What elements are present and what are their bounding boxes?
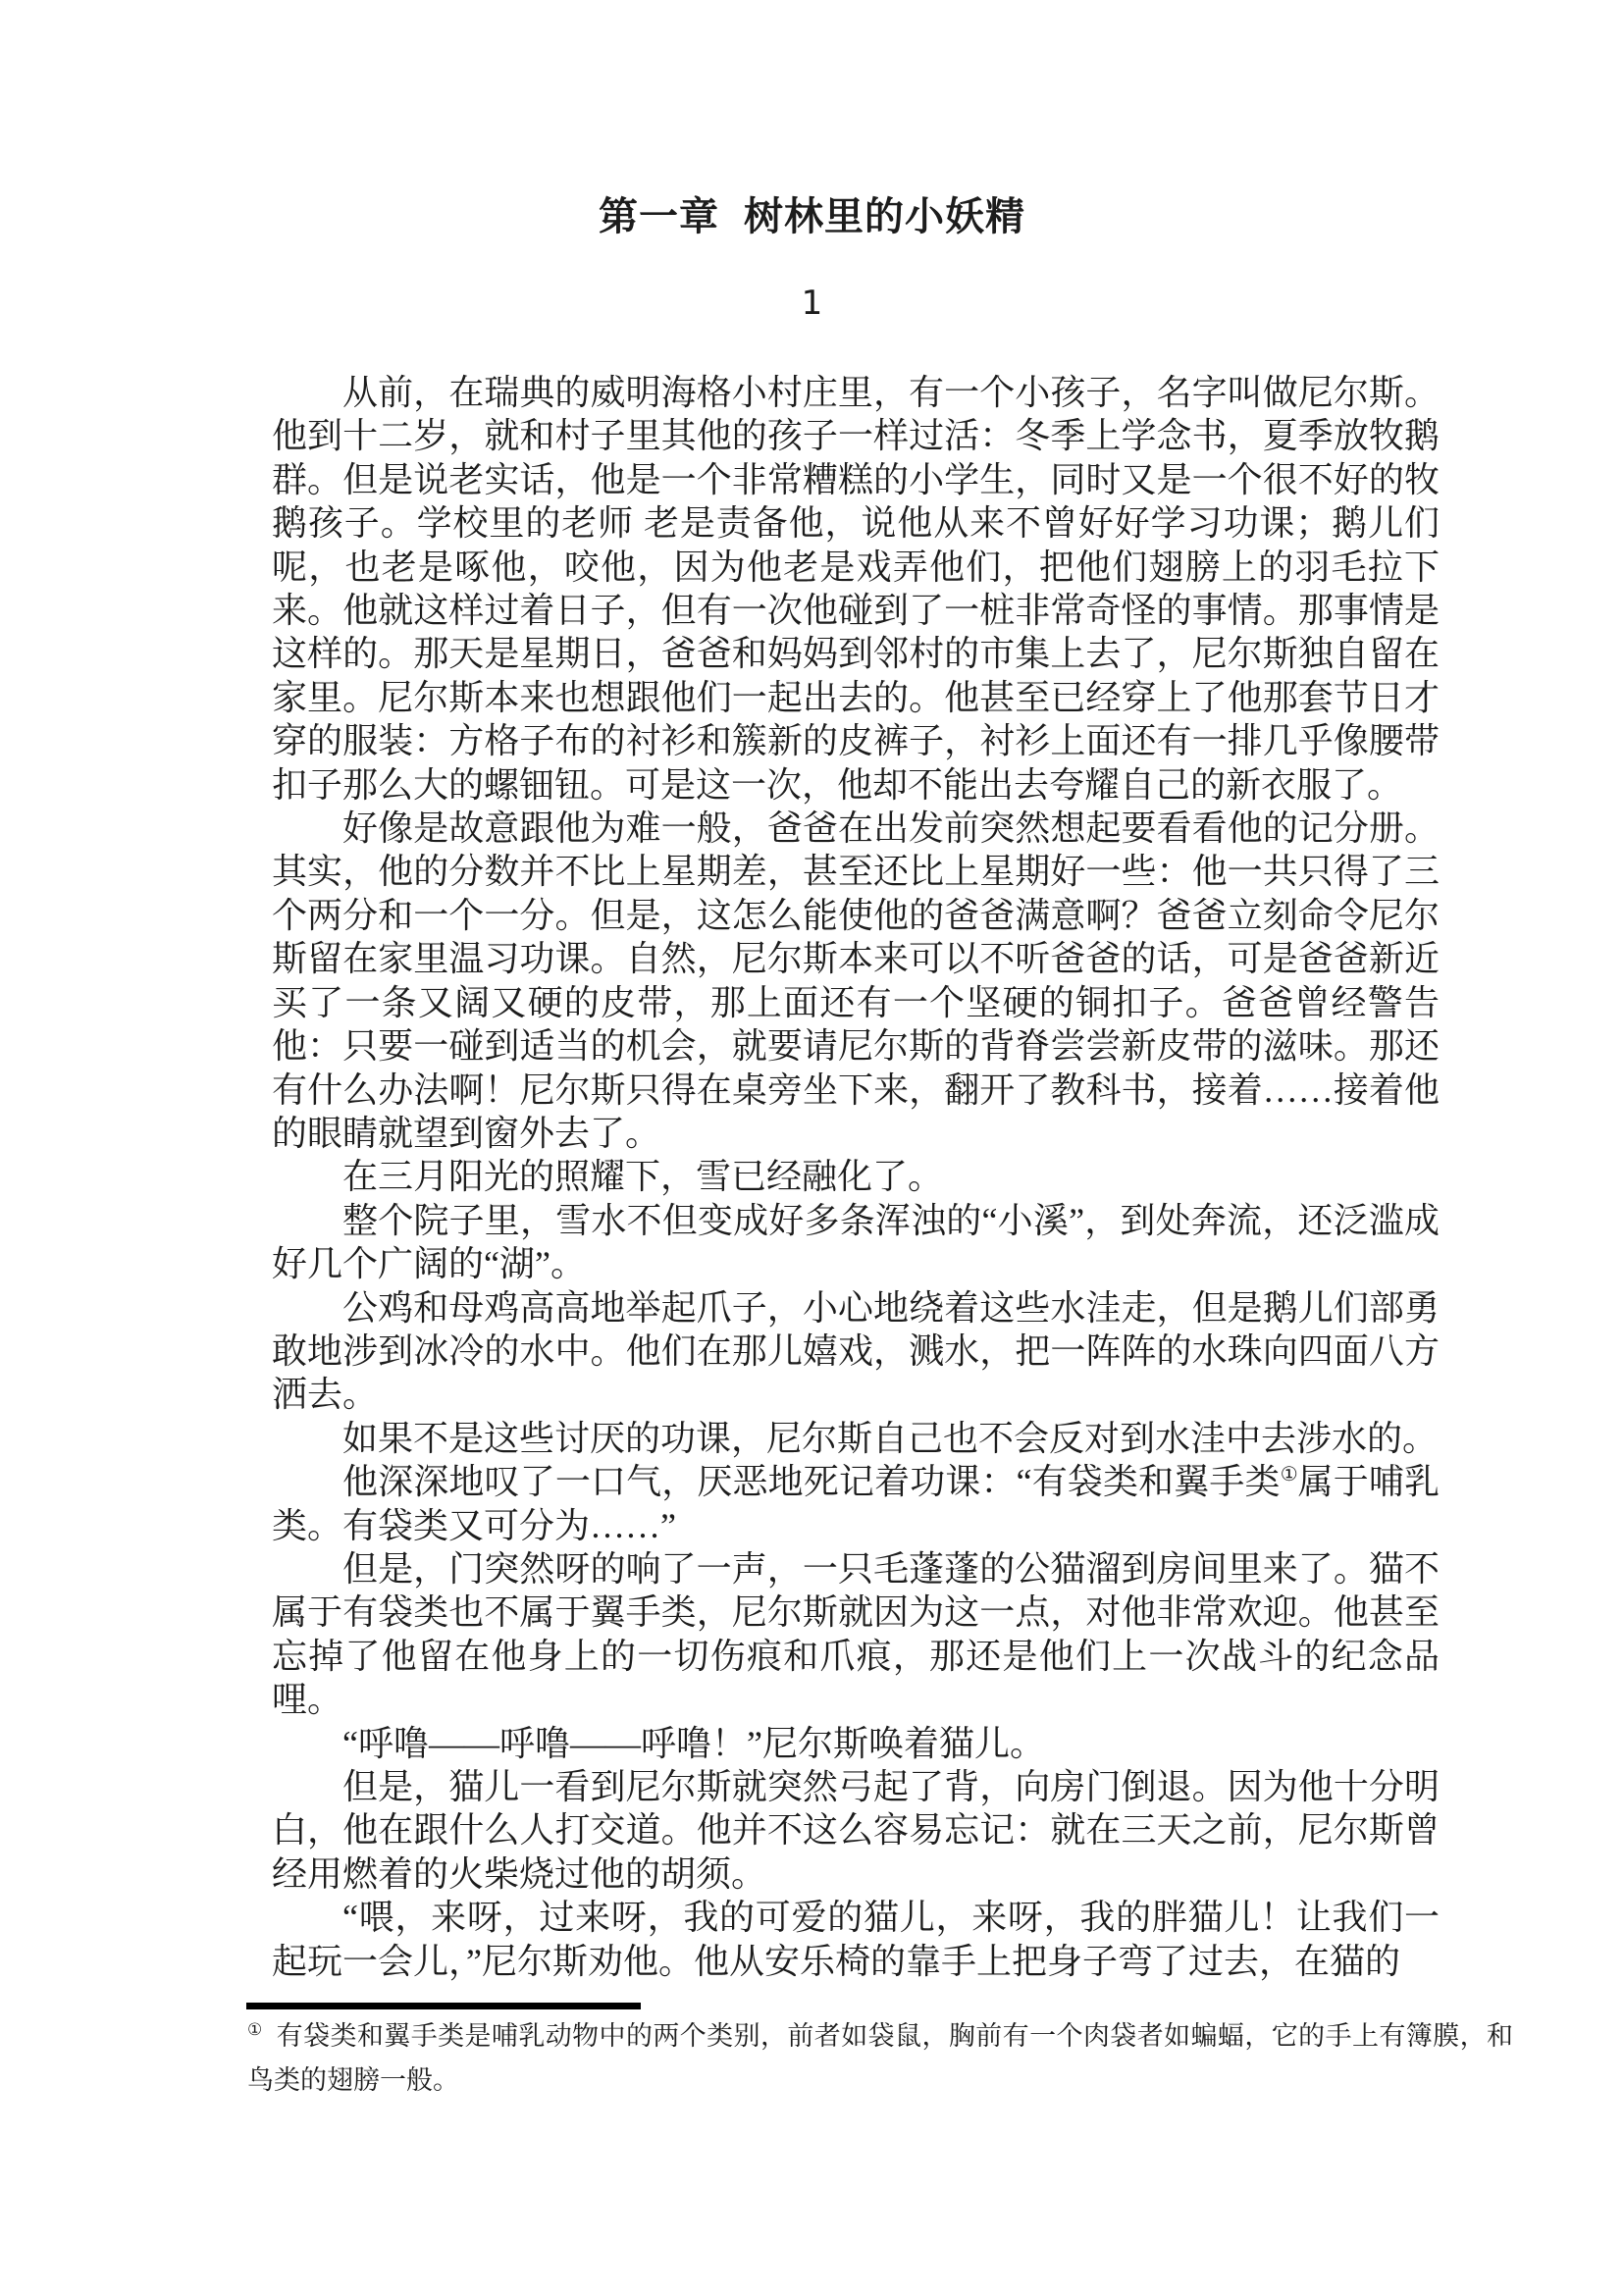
paragraph: “呼噜——呼噜——呼噜！”尼尔斯唤着猫儿。: [272, 1722, 1440, 1765]
book-page: 第一章 树林里的小妖精 1 从前，在瑞典的威明海格小村庄里，有一个小孩子，名字叫…: [0, 0, 1624, 2294]
paragraph: 整个院子里，雪水不但变成好多条浑浊的“小溪”，到处奔流，还泛滥成好几个广阔的“湖…: [272, 1199, 1440, 1286]
footnote-ref: ①: [1281, 1464, 1298, 1486]
paragraph: 公鸡和母鸡高高地举起爪子，小心地绕着这些水洼走，但是鹅儿们部勇敢地涉到冰冷的水中…: [272, 1286, 1440, 1417]
paragraph: 如果不是这些讨厌的功课，尼尔斯自己也不会反对到水洼中去涉水的。: [272, 1417, 1440, 1460]
footnote-marker: ①: [247, 2020, 263, 2039]
body-text: 从前，在瑞典的威明海格小村庄里，有一个小孩子，名字叫做尼尔斯。他到十二岁，就和村…: [272, 371, 1440, 1983]
footnote-text: 有袋类和翼手类是哺乳动物中的两个类别，前者如袋鼠，胸前有一个肉袋者如蝙蝠，它的手…: [247, 2021, 1513, 2095]
footnote-rule: [246, 2003, 641, 2009]
paragraph: “喂，来呀，过来呀，我的可爱的猫儿，来呀，我的胖猫儿！让我们一起玩一会儿，”尼尔…: [272, 1896, 1440, 1983]
footnote: ①有袋类和翼手类是哺乳动物中的两个类别，前者如袋鼠，胸前有一个肉袋者如蝙蝠，它的…: [247, 2014, 1513, 2103]
paragraph: 但是，猫儿一看到尼尔斯就突然弓起了背，向房门倒退。因为他十分明白，他在跟什么人打…: [272, 1765, 1440, 1896]
paragraph: 从前，在瑞典的威明海格小村庄里，有一个小孩子，名字叫做尼尔斯。他到十二岁，就和村…: [272, 371, 1440, 807]
chapter-title: 第一章 树林里的小妖精: [0, 194, 1624, 239]
paragraph: 他深深地叹了一口气，厌恶地死记着功课：“有袋类和翼手类①属于哺乳类。有袋类又可分…: [272, 1460, 1440, 1547]
paragraph: 在三月阳光的照耀下，雪已经融化了。: [272, 1155, 1440, 1198]
paragraph: 但是，门突然呀的响了一声，一只毛蓬蓬的公猫溜到房间里来了。猫不属于有袋类也不属于…: [272, 1547, 1440, 1722]
paragraph: 好像是故意跟他为难一般，爸爸在出发前突然想起要看看他的记分册。其实，他的分数并不…: [272, 807, 1440, 1155]
section-number: 1: [0, 285, 1624, 322]
